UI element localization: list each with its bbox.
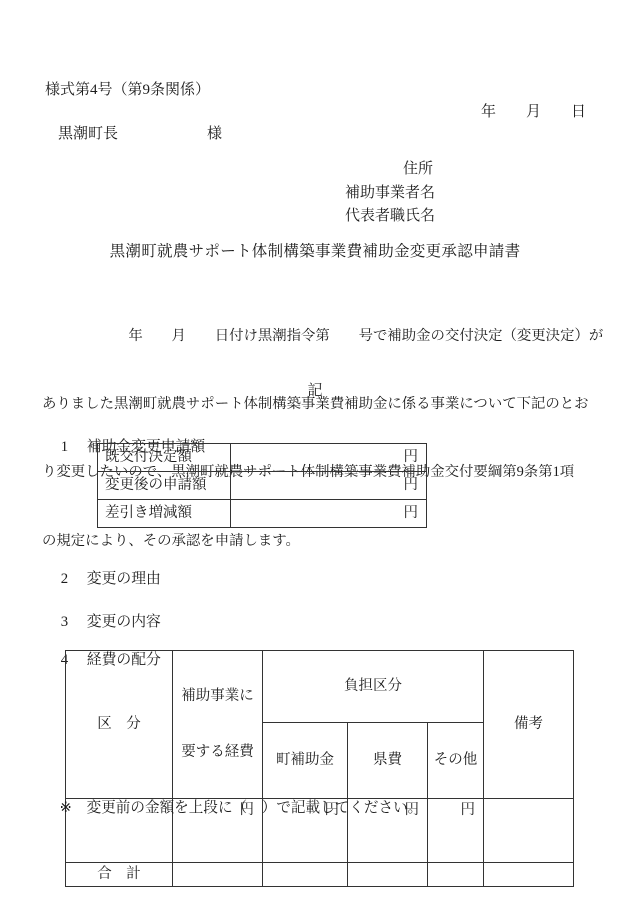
record-marker: 記 [0, 382, 630, 401]
header-remarks: 備考 [484, 651, 574, 799]
addressee-name: 黒潮町長 [58, 125, 118, 144]
total-label: 合 計 [66, 862, 173, 886]
amount-value-cell: 円 [231, 472, 427, 500]
remarks-cell [484, 798, 574, 862]
header-category: 区 分 [66, 651, 173, 799]
footnote: ※変更前の金額を上段に（ ）で記載してください。 [45, 781, 422, 836]
amount-value-cell: 円 [231, 500, 427, 528]
form-number: 様式第4号（第9条関係） [45, 81, 210, 100]
other-cell: 円 [428, 798, 484, 862]
total-town-subsidy-cell [263, 862, 348, 886]
section-title: 変更の内容 [87, 614, 161, 630]
document-title: 黒潮町就農サポート体制構築事業費補助金変更承認申請書 [0, 242, 630, 261]
amount-value-cell: 円 [231, 444, 427, 472]
date-line: 年 月 日 [481, 103, 586, 122]
section-number: 3 [61, 613, 87, 631]
header-other: その他 [428, 723, 484, 799]
amount-row-label: 既交付決定額 [98, 444, 231, 472]
applicant-representative-label: 代表者職氏名 [345, 207, 435, 226]
total-other-cell [428, 862, 484, 886]
body-line: 年 月 日付け黒潮指令第 号で補助金の交付決定（変更決定）が [42, 325, 602, 348]
header-burden-group: 負担区分 [263, 651, 484, 723]
total-row: 合 計 [66, 862, 574, 886]
amount-row-label: 変更後の申請額 [98, 472, 231, 500]
footnote-text: 変更前の金額を上段に（ ）で記載してください。 [87, 800, 423, 816]
total-project-expense-cell [173, 862, 263, 886]
section-number: 2 [61, 570, 87, 588]
expense-allocation-table: 区 分 補助事業に 要する経費 負担区分 備考 町補助金 県費 その他 円 円 … [65, 650, 574, 887]
header-project-expense-line: 補助事業に [173, 687, 262, 706]
addressee-honorific: 様 [207, 125, 222, 144]
table-row: 既交付決定額 円 [98, 444, 427, 472]
header-project-expense: 補助事業に 要する経費 [173, 651, 263, 799]
table-row: 変更後の申請額 円 [98, 472, 427, 500]
body-line: の規定により、その承認を申請します。 [42, 530, 602, 553]
amount-row-label: 差引き増減額 [98, 500, 231, 528]
applicant-business-name-label: 補助事業者名 [345, 184, 435, 203]
applicant-address-label: 住所 [403, 160, 433, 179]
section-number: 1 [61, 438, 87, 456]
total-prefecture-cost-cell [348, 862, 428, 886]
table-row: 差引き増減額 円 [98, 500, 427, 528]
footnote-marker: ※ [60, 799, 87, 817]
subsidy-amount-table: 既交付決定額 円 変更後の申請額 円 差引き増減額 円 [97, 443, 427, 528]
document-page: 様式第4号（第9条関係） 年 月 日 黒潮町長 様 住所 補助事業者名 代表者職… [0, 0, 630, 903]
header-project-expense-line: 要する経費 [173, 743, 262, 762]
table-header-row: 区 分 補助事業に 要する経費 負担区分 備考 [66, 651, 574, 723]
section-title: 変更の理由 [87, 571, 161, 587]
total-remarks-cell [484, 862, 574, 886]
